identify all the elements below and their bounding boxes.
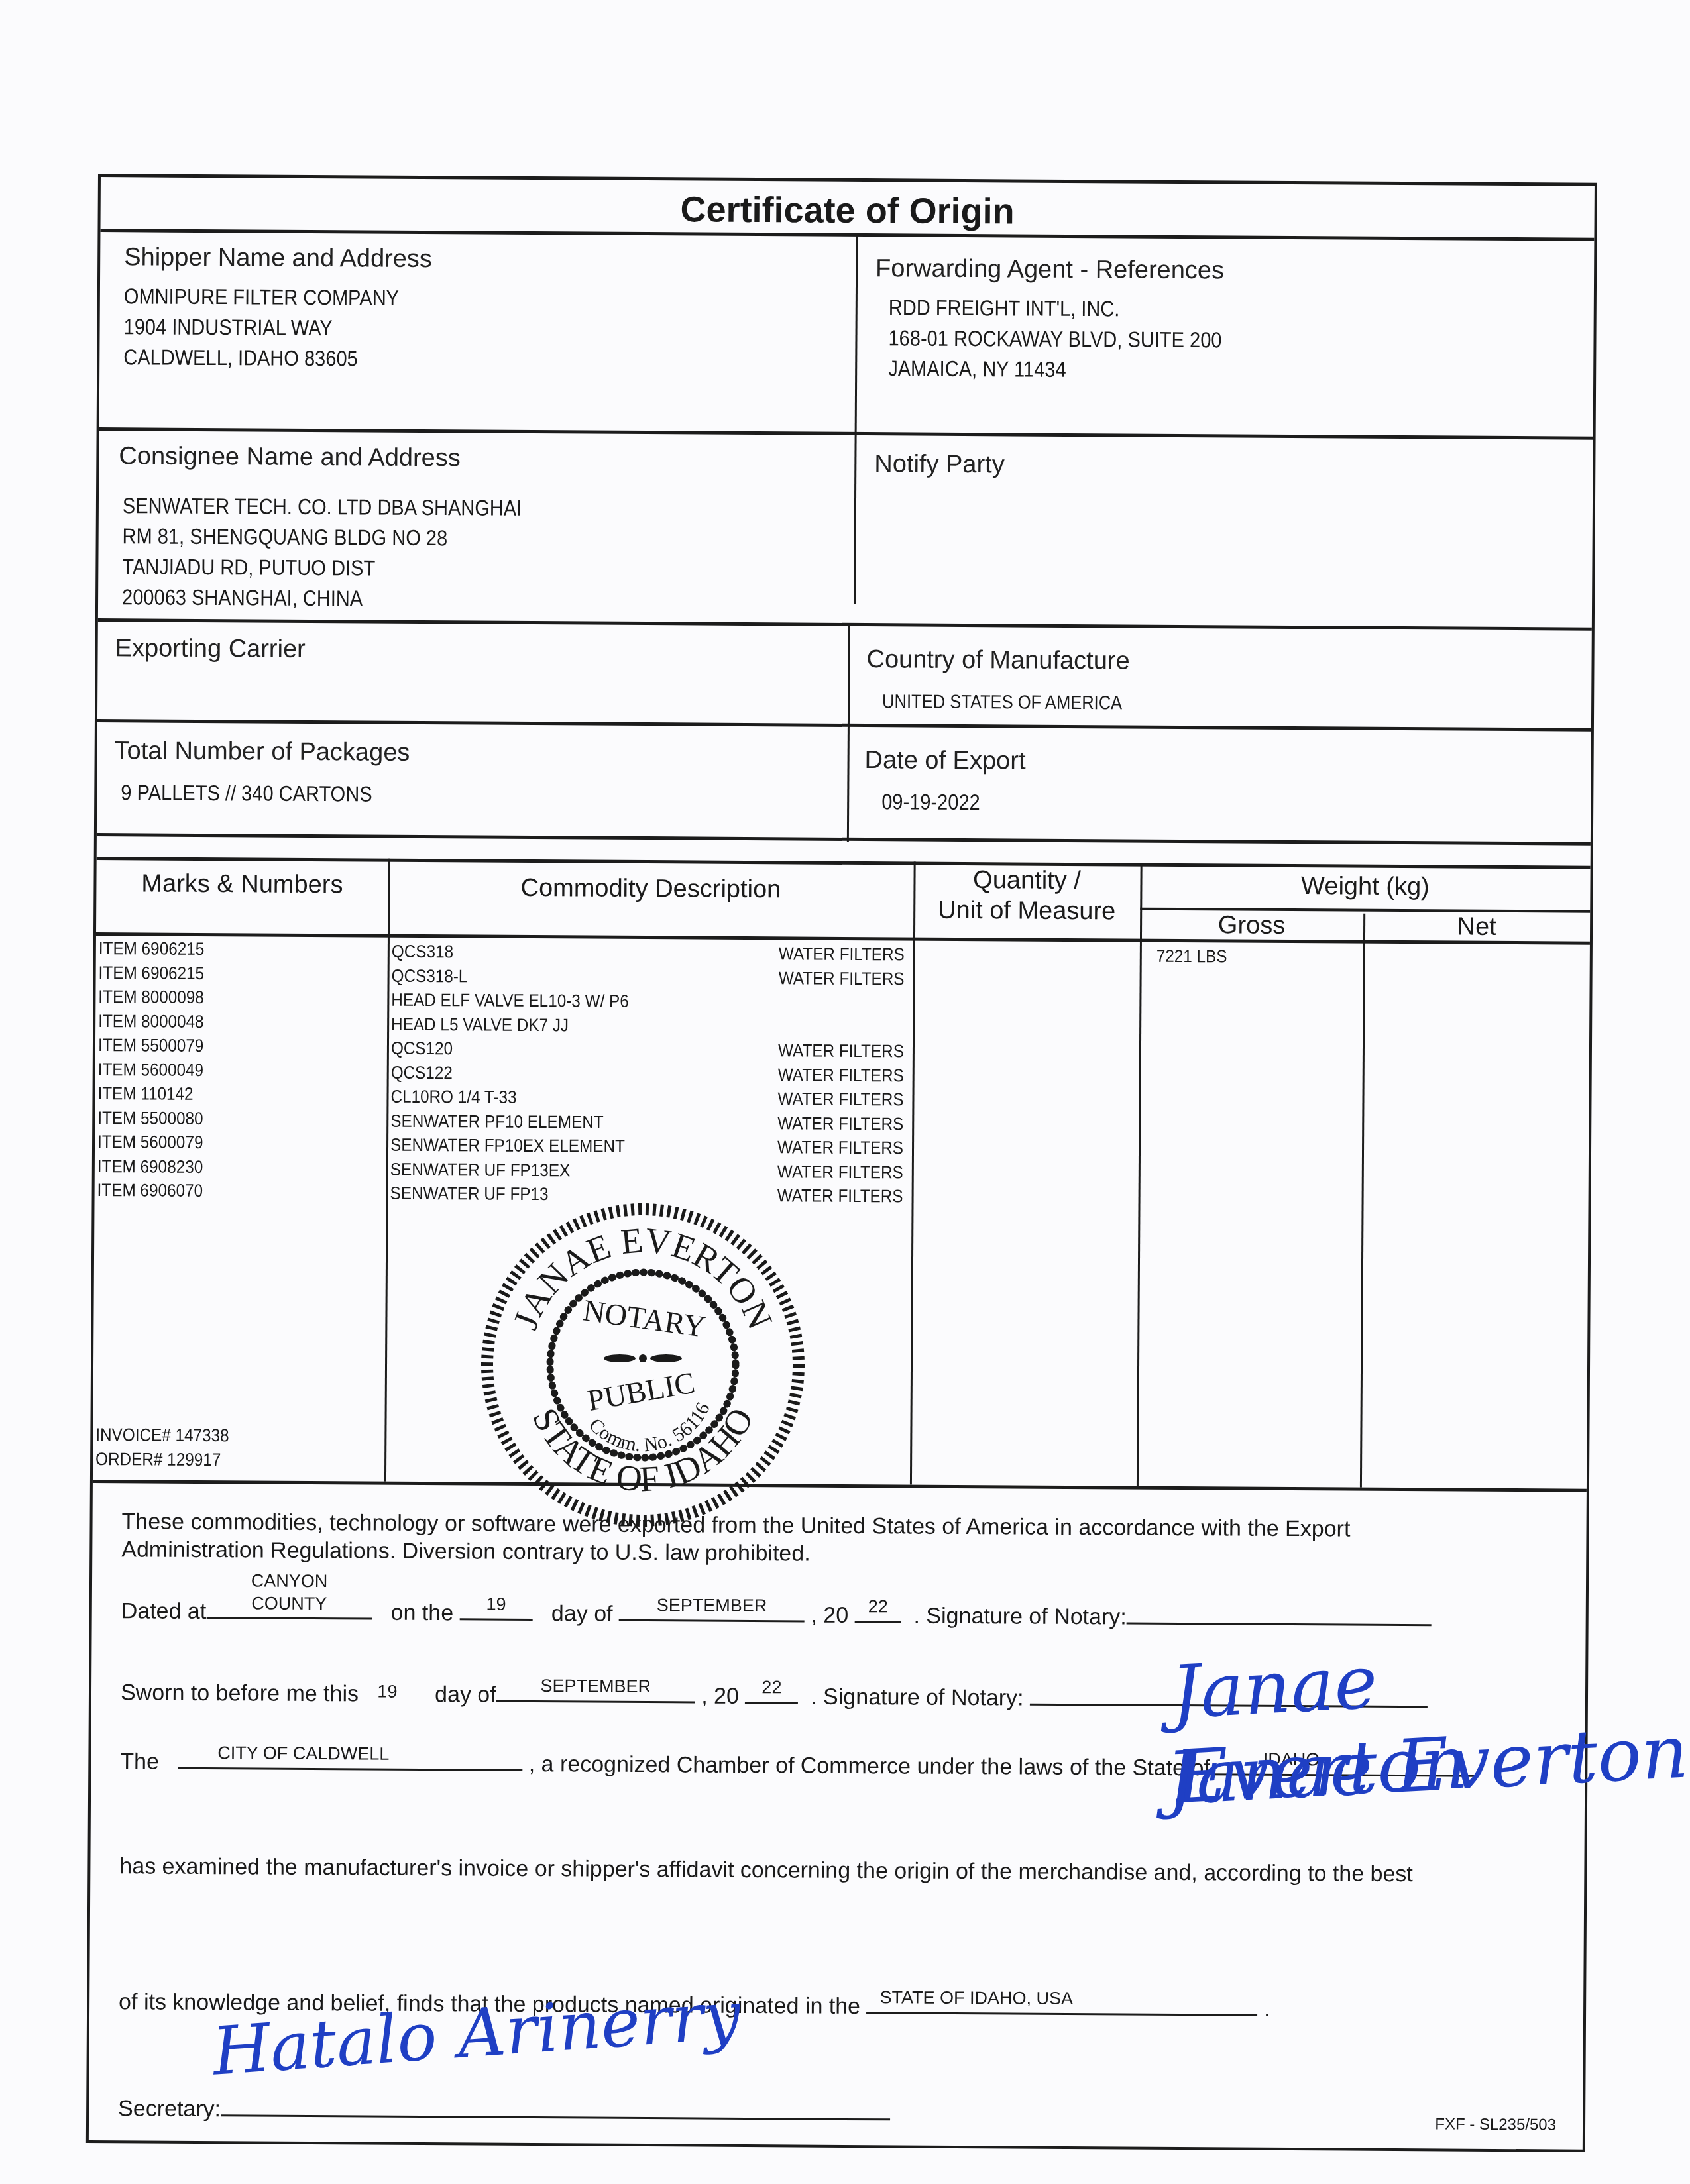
- table-row-mark: ITEM 110142: [97, 1081, 354, 1107]
- country-of-manufacture-value: UNITED STATES OF AMERICA: [882, 690, 1451, 717]
- table-row-description: QCS120WATER FILTERS: [391, 1036, 904, 1064]
- table-row-mark: ITEM 8000048: [98, 1009, 355, 1035]
- dated-line: Dated atCANYONCOUNTY on the 19 day of SE…: [121, 1598, 1432, 1632]
- shipper-address: OMNIPURE FILTER COMPANY 1904 INDUSTRIAL …: [123, 281, 795, 376]
- date-of-export-value: 09-19-2022: [881, 787, 1449, 820]
- order-number: ORDER# 129917: [95, 1447, 352, 1473]
- sworn-year-field[interactable]: 22: [745, 1702, 798, 1704]
- shipper-label: Shipper Name and Address: [124, 243, 886, 276]
- total-packages-value: 9 PALLETS // 340 CARTONS: [121, 777, 698, 811]
- svg-text:PUBLIC: PUBLIC: [585, 1365, 697, 1417]
- certificate-form: Certificate of Origin Shipper Name and A…: [86, 174, 1597, 2152]
- table-row-description: SENWATER UF FP13EXWATER FILTERS: [390, 1157, 903, 1184]
- header-description: Commodity Description: [388, 873, 913, 905]
- table-row-description: QCS122WATER FILTERS: [391, 1060, 904, 1087]
- header-marks: Marks & Numbers: [96, 869, 388, 900]
- notify-party-label: Notify Party: [874, 450, 1537, 482]
- header-quantity: Quantity / Unit of Measure: [913, 865, 1141, 927]
- total-packages-box: Total Number of Packages 9 PALLETS // 34…: [114, 737, 777, 812]
- invoice-order: INVOICE# 147338 ORDER# 129917: [95, 1423, 352, 1472]
- table-row-mark: ITEM 5500080: [97, 1106, 354, 1132]
- header-net: Net: [1363, 912, 1590, 942]
- marks-column: ITEM 6906215ITEM 6906215ITEM 8000098ITEM…: [97, 936, 355, 1204]
- sworn-month-field[interactable]: SEPTEMBER: [496, 1700, 695, 1704]
- table-row-description: SENWATER FP10EX ELEMENTWATER FILTERS: [390, 1133, 903, 1160]
- chamber-field[interactable]: CITY OF CALDWELL: [178, 1767, 522, 1771]
- table-row-description: QCS318-LWATER FILTERS: [392, 963, 905, 991]
- header-weight: Weight (kg): [1140, 871, 1590, 902]
- table-row-mark: ITEM 6908230: [97, 1154, 354, 1180]
- header-gross: Gross: [1140, 911, 1363, 941]
- secretary-signature-field[interactable]: [221, 2114, 890, 2120]
- total-packages-label: Total Number of Packages: [115, 737, 777, 769]
- invoice-number: INVOICE# 147338: [95, 1423, 352, 1448]
- svg-text:NOTARY: NOTARY: [581, 1293, 708, 1343]
- country-of-manufacture-label: Country of Manufacture: [866, 645, 1529, 678]
- dated-at-field[interactable]: CANYONCOUNTY: [206, 1617, 372, 1620]
- sworn-day[interactable]: 19: [377, 1682, 397, 1702]
- forwarding-agent-box: Forwarding Agent - References RDD FREIGH…: [875, 254, 1571, 388]
- description-column: QCS318WATER FILTERSQCS318-LWATER FILTERS…: [390, 940, 904, 1209]
- table-row-description: HEAD L5 VALVE DK7 JJ: [391, 1012, 904, 1039]
- forwarding-agent-address: RDD FREIGHT INT'L, INC. 168-01 ROCKAWAY …: [888, 292, 1489, 388]
- origin-field[interactable]: STATE OF IDAHO, USA: [866, 2012, 1257, 2016]
- form-code: FXF - SL235/503: [1435, 2115, 1556, 2134]
- forwarding-agent-label: Forwarding Agent - References: [875, 254, 1571, 287]
- table-row-mark: ITEM 5600049: [98, 1058, 355, 1083]
- country-of-manufacture-box: Country of Manufacture UNITED STATES OF …: [866, 645, 1530, 718]
- document-title: Certificate of Origin: [100, 177, 1594, 241]
- table-row-description: HEAD ELF VALVE EL10-3 W/ P6: [391, 988, 904, 1015]
- consignee-box: Consignee Name and Address SENWATER TECH…: [118, 442, 848, 617]
- dated-day-field[interactable]: 19: [460, 1618, 533, 1621]
- notary-seal-icon: JANAE EVERTON STATE OF IDAHO Comm. No. 5…: [477, 1199, 809, 1531]
- export-statement-2: Administration Regulations. Diversion co…: [121, 1537, 811, 1566]
- table-row-mark: ITEM 5500079: [98, 1033, 355, 1059]
- consignee-label: Consignee Name and Address: [119, 442, 848, 475]
- table-row-description: CL10RO 1/4 T-33WATER FILTERS: [390, 1085, 903, 1112]
- table-row-description: QCS318WATER FILTERS: [392, 940, 905, 967]
- date-of-export-label: Date of Export: [864, 746, 1527, 779]
- table-row-mark: ITEM 6906215: [99, 936, 355, 962]
- table-row-mark: ITEM 6906070: [97, 1178, 354, 1204]
- notary-signature-field-1[interactable]: [1127, 1623, 1432, 1627]
- gross-weight-value: 7221 LBS: [1156, 944, 1227, 969]
- dated-month-field[interactable]: SEPTEMBER: [619, 1619, 805, 1623]
- shipper-box: Shipper Name and Address OMNIPURE FILTER…: [123, 243, 886, 377]
- exporting-carrier-label: Exporting Carrier: [115, 634, 777, 667]
- consignee-address: SENWATER TECH. CO. LTD DBA SHANGHAI RM 8…: [122, 490, 761, 616]
- table-row-mark: ITEM 8000098: [98, 985, 355, 1010]
- notify-party-box: Notify Party: [874, 450, 1537, 482]
- table-row-description: SENWATER PF10 ELEMENTWATER FILTERS: [390, 1109, 903, 1136]
- examined-line: has examined the manufacturer's invoice …: [119, 1853, 1413, 1887]
- dated-year-field[interactable]: 22: [855, 1621, 901, 1623]
- exporting-carrier-box: Exporting Carrier: [115, 634, 777, 667]
- date-of-export-box: Date of Export 09-19-2022: [864, 746, 1528, 821]
- table-row-mark: ITEM 5600079: [97, 1130, 354, 1156]
- table-row-mark: ITEM 6906215: [99, 961, 355, 987]
- secretary-line: Secretary:: [118, 2096, 890, 2126]
